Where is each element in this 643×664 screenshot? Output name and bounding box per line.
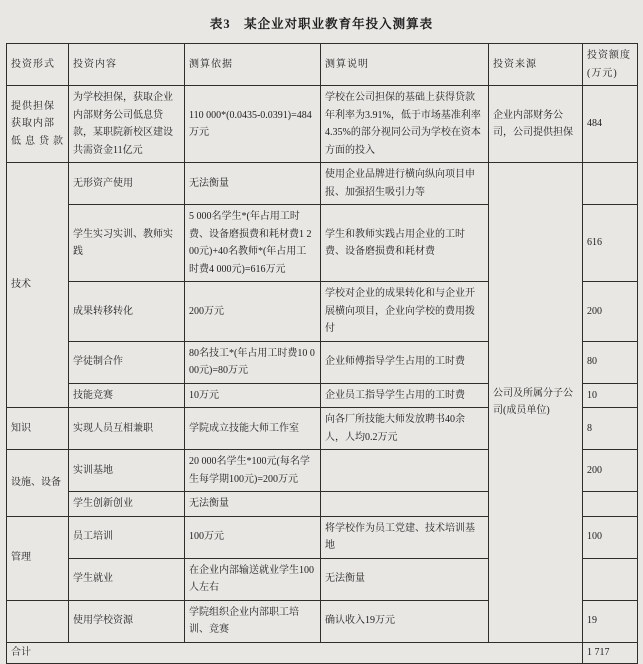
cell-explanation: 企业师傅指导学生占用的工时费 xyxy=(321,341,489,383)
column-header-source: 投资来源 xyxy=(489,44,583,86)
cell-content: 实训基地 xyxy=(69,450,185,492)
cell-basis: 20 000名学生*100元(每名学生每学期100元)=200万元 xyxy=(185,450,321,492)
column-header-basis: 测算依据 xyxy=(185,44,321,86)
investment-table: 投资形式 投资内容 测算依据 测算说明 投资来源 投资额度(万元) 提供担保获取… xyxy=(6,43,638,664)
cell-form: 技术 xyxy=(7,163,69,408)
cell-content: 学生创新创业 xyxy=(69,492,185,517)
cell-form: 知识 xyxy=(7,408,69,450)
cell-basis: 80名技工*(年占用工时费10 000元)=80万元 xyxy=(185,341,321,383)
cell-basis: 10万元 xyxy=(185,383,321,408)
table-row: 提供担保获取内部低息贷款 为学校担保，获取企业内部财务公司低息贷款，某职院新校区… xyxy=(7,86,638,163)
cell-form: 管理 xyxy=(7,516,69,600)
cell-form xyxy=(7,600,69,642)
column-header-content: 投资内容 xyxy=(69,44,185,86)
cell-explanation xyxy=(321,492,489,517)
cell-content: 技能竞赛 xyxy=(69,383,185,408)
cell-content: 为学校担保，获取企业内部财务公司低息贷款，某职院新校区建设共需资金11亿元 xyxy=(69,86,185,163)
table-total-row: 合计 1 717 xyxy=(7,642,638,663)
cell-explanation: 学校对企业的成果转化和与企业开展横向项目，企业向学校的费用拨付 xyxy=(321,282,489,342)
cell-explanation: 向各厂所技能大师发放聘书40余人，人均0.2万元 xyxy=(321,408,489,450)
cell-amount: 200 xyxy=(583,450,638,492)
cell-basis: 在企业内部输送就业学生100人左右 xyxy=(185,558,321,600)
column-header-form: 投资形式 xyxy=(7,44,69,86)
cell-basis: 110 000*(0.0435-0.0391)=484万元 xyxy=(185,86,321,163)
table-row: 技术 无形资产使用 无法衡量 使用企业品牌进行横向纵向项目申报、加强招生吸引力等… xyxy=(7,163,638,205)
cell-explanation: 学校在公司担保的基础上获得贷款年利率为3.91%，低于市场基准利率4.35%的部… xyxy=(321,86,489,163)
cell-explanation xyxy=(321,450,489,492)
cell-source: 企业内部财务公司，公司提供担保 xyxy=(489,86,583,163)
page-title: 表3 某企业对职业教育年投入测算表 xyxy=(6,14,637,32)
cell-amount xyxy=(583,163,638,205)
cell-basis: 学院组织企业内部职工培训、竞赛 xyxy=(185,600,321,642)
cell-content: 使用学校资源 xyxy=(69,600,185,642)
cell-basis: 无法衡量 xyxy=(185,163,321,205)
cell-explanation: 将学校作为员工党建、技术培训基地 xyxy=(321,516,489,558)
cell-explanation: 学生和教师实践占用企业的工时费、设备磨损费和耗材费 xyxy=(321,205,489,282)
cell-amount: 616 xyxy=(583,205,638,282)
cell-total-amount: 1 717 xyxy=(583,642,638,663)
cell-basis: 学院成立技能大师工作室 xyxy=(185,408,321,450)
cell-explanation: 企业员工指导学生占用的工时费 xyxy=(321,383,489,408)
cell-basis: 200万元 xyxy=(185,282,321,342)
cell-amount: 19 xyxy=(583,600,638,642)
cell-amount: 484 xyxy=(583,86,638,163)
cell-total-label: 合计 xyxy=(7,642,583,663)
cell-amount xyxy=(583,558,638,600)
cell-explanation: 无法衡量 xyxy=(321,558,489,600)
cell-content: 无形资产使用 xyxy=(69,163,185,205)
cell-amount: 80 xyxy=(583,341,638,383)
table-header-row: 投资形式 投资内容 测算依据 测算说明 投资来源 投资额度(万元) xyxy=(7,44,638,86)
cell-content: 成果转移转化 xyxy=(69,282,185,342)
cell-content: 学生实习实训、教师实践 xyxy=(69,205,185,282)
cell-content: 学生就业 xyxy=(69,558,185,600)
cell-basis: 无法衡量 xyxy=(185,492,321,517)
cell-amount: 8 xyxy=(583,408,638,450)
cell-form: 提供担保获取内部低息贷款 xyxy=(7,86,69,163)
cell-basis: 100万元 xyxy=(185,516,321,558)
cell-explanation: 确认收入19万元 xyxy=(321,600,489,642)
cell-content: 员工培训 xyxy=(69,516,185,558)
cell-amount: 100 xyxy=(583,516,638,558)
column-header-explanation: 测算说明 xyxy=(321,44,489,86)
cell-content: 学徒制合作 xyxy=(69,341,185,383)
cell-explanation: 使用企业品牌进行横向纵向项目申报、加强招生吸引力等 xyxy=(321,163,489,205)
cell-amount: 200 xyxy=(583,282,638,342)
cell-source: 公司及所属分子公司(成员单位) xyxy=(489,163,583,643)
cell-basis: 5 000名学生*(年占用工时费、设备磨损费和耗材费1 200元)+40名教师*… xyxy=(185,205,321,282)
cell-amount: 10 xyxy=(583,383,638,408)
cell-form: 设施、设备 xyxy=(7,450,69,517)
cell-content: 实现人员互相兼职 xyxy=(69,408,185,450)
scanned-page: 表3 某企业对职业教育年投入测算表 投资形式 投资内容 测算依据 测算说明 投资… xyxy=(0,0,643,664)
cell-amount xyxy=(583,492,638,517)
column-header-amount: 投资额度(万元) xyxy=(583,44,638,86)
